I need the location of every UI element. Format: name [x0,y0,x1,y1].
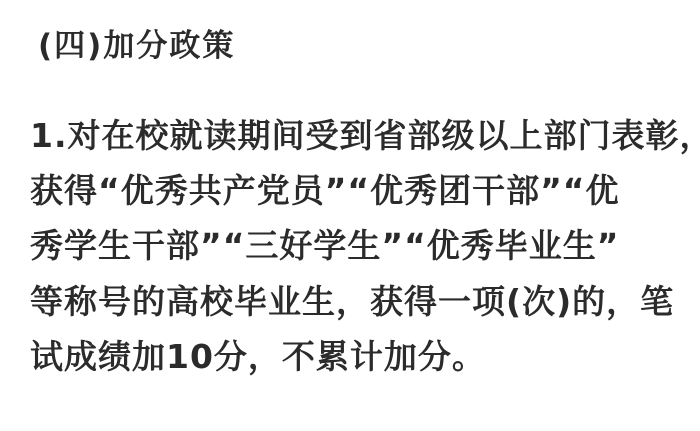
paragraph-line: 试成绩加10分，不累计加分。 [30,337,486,377]
paragraph-line: 等称号的高校毕业生，获得一项(次)的，笔 [30,282,674,322]
document-page: (四)加分政策 1.对在校就读期间受到省部级以上部门表彰， 获得“优秀共产党员”… [0,0,700,431]
paragraph-line: 秀学生干部”“三好学生”“优秀毕业生” [30,226,619,266]
paragraph-line: 1.对在校就读期间受到省部级以上部门表彰， [30,116,700,156]
section-heading: (四)加分政策 [38,26,235,66]
paragraph-line: 获得“优秀共产党员”“优秀团干部”“优 [30,171,619,211]
